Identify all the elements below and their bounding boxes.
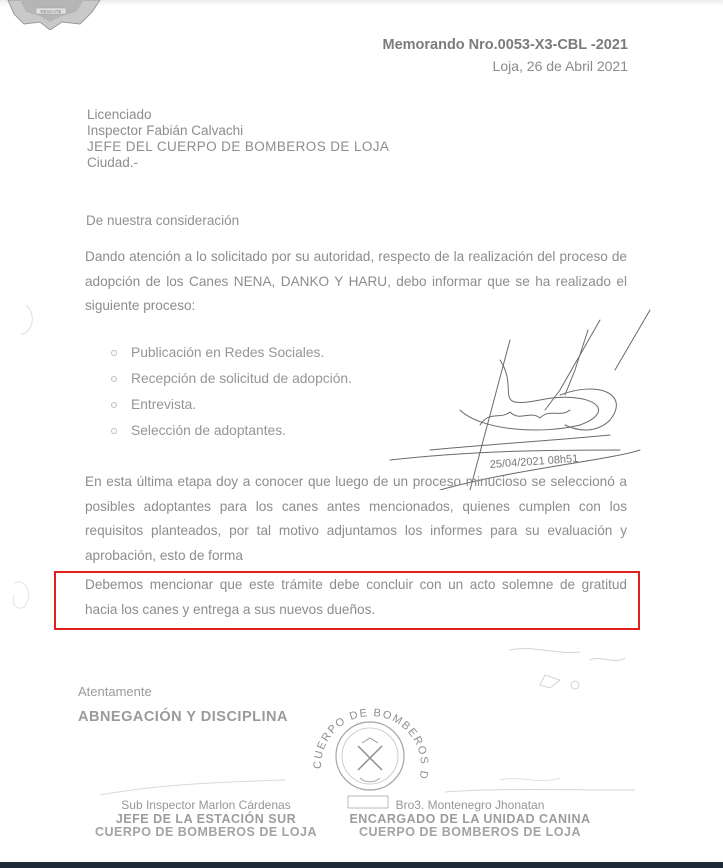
fire-department-badge-icon: RESCATE <box>0 0 118 30</box>
signatory-org: CUERPO DE BOMBEROS DE LOJA <box>86 826 326 840</box>
list-item: Entrevista. <box>108 392 352 418</box>
svg-text:RESCATE: RESCATE <box>41 9 62 14</box>
handwritten-signature-icon: 25/04/2021 08h51 <box>360 300 660 490</box>
viewer-bottom-bar <box>0 862 723 868</box>
process-steps-list: Publicación en Redes Sociales. Recepción… <box>108 340 352 444</box>
signatory-right: Bro3. Montenegro Jhonatan ENCARGADO DE L… <box>330 799 610 840</box>
svg-text:CUERPO DE BOMBEROS DE LOJA: CUERPO DE BOMBEROS DE LOJA <box>300 688 430 781</box>
signatory-role: JEFE DE LA ESTACIÓN SUR <box>86 813 326 827</box>
closing-salutation: Atentamente <box>78 684 152 699</box>
punch-hole-mark-icon <box>6 575 36 615</box>
punch-hole-mark-icon <box>6 300 36 340</box>
recipient-city: Ciudad.- <box>87 155 389 171</box>
signatory-name: Sub Inspector Marlon Cárdenas <box>86 799 326 813</box>
closing-motto: ABNEGACIÓN Y DISCIPLINA <box>78 709 288 725</box>
greeting: De nuestra consideración <box>86 213 239 228</box>
received-mark: 25/04/2021 08h51 <box>489 453 578 471</box>
paragraph-selection: En esta última etapa doy a conocer que l… <box>85 470 627 568</box>
memo-number: Memorando Nro.0053-X3-CBL -2021 <box>382 37 628 53</box>
list-item: Recepción de solicitud de adopción. <box>108 366 352 392</box>
recipient-name: Inspector Fabián Calvachi <box>87 123 389 139</box>
signatory-left: Sub Inspector Marlon Cárdenas JEFE DE LA… <box>86 799 326 840</box>
faint-scribble-icon <box>500 640 640 700</box>
signature-line-icon <box>95 770 295 800</box>
memo-place-date: Loja, 26 de Abril 2021 <box>493 58 628 74</box>
recipient-position: JEFE DEL CUERPO DE BOMBEROS DE LOJA <box>87 139 389 155</box>
list-item: Publicación en Redes Sociales. <box>108 340 352 366</box>
list-item: Selección de adoptantes. <box>108 418 352 444</box>
signatory-name: Bro3. Montenegro Jhonatan <box>330 799 610 813</box>
recipient-title: Licenciado <box>87 107 389 123</box>
signatory-org: CUERPO DE BOMBEROS DE LOJA <box>330 826 610 840</box>
signatory-role: ENCARGADO DE LA UNIDAD CANINA <box>330 813 610 827</box>
highlight-box <box>54 571 640 630</box>
signature-line-icon <box>440 770 640 800</box>
recipient-block: Licenciado Inspector Fabián Calvachi JEF… <box>87 107 389 171</box>
